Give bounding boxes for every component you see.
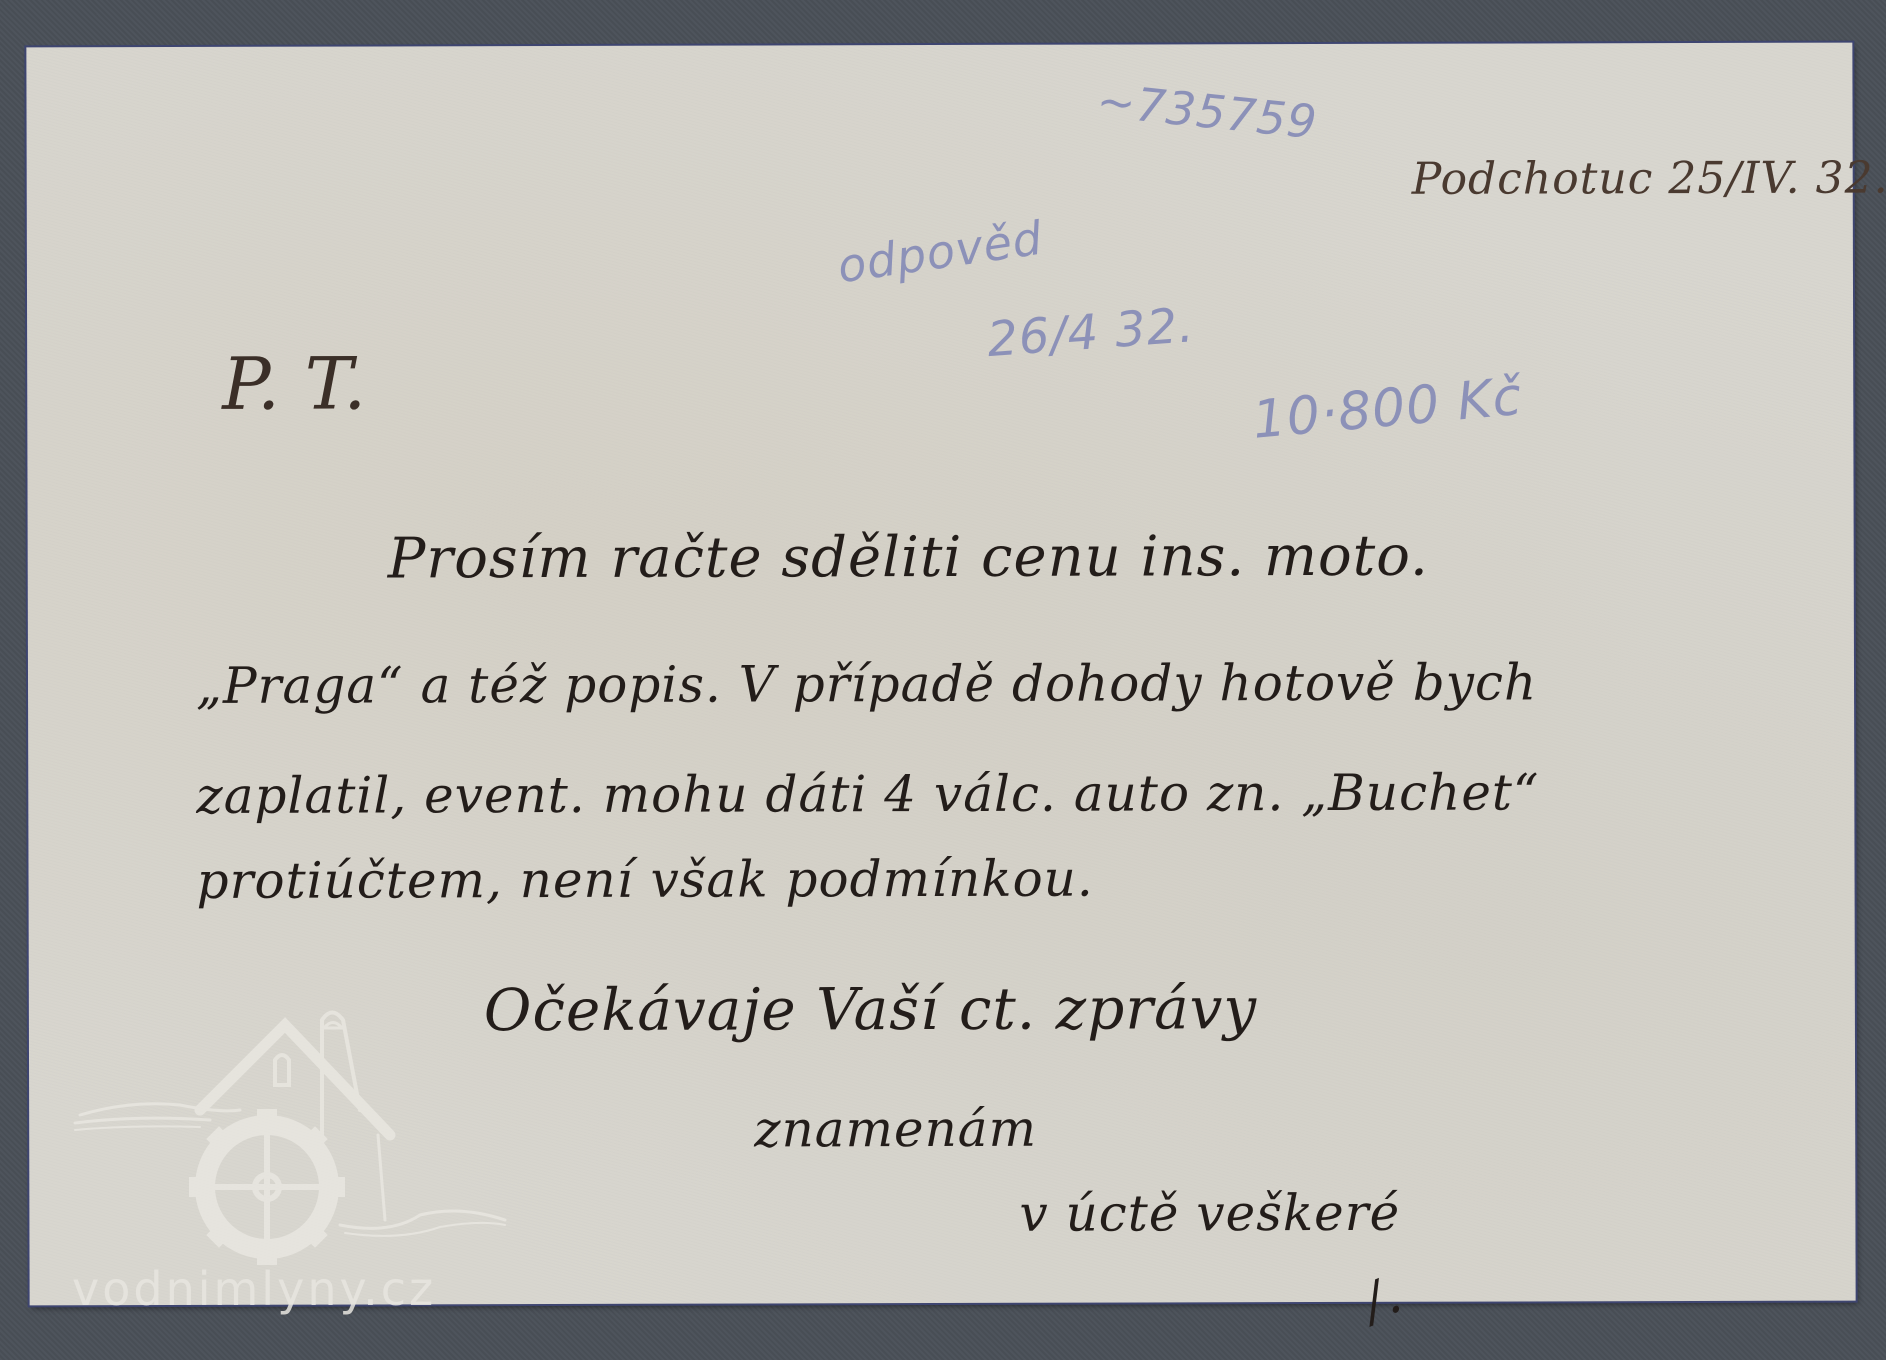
signature-line: znamenám	[754, 1100, 1037, 1159]
place-date: Podchotuc 25/IV. 32.	[1412, 153, 1886, 205]
body-line: zaplatil, event. mohu dáti 4 válc. auto …	[196, 763, 1539, 825]
archive-mark: ~735759	[1094, 73, 1320, 149]
pencil-reply-note: odpověd	[834, 211, 1046, 294]
pencil-amount: 10·800 Kč	[1250, 367, 1524, 451]
body-line: protiúčtem, není však podmínkou.	[196, 850, 1093, 910]
signature-line: v úctě veškeré	[1019, 1184, 1400, 1243]
closing-line: Očekávaje Vaší ct. zprávy	[484, 974, 1257, 1044]
body-line: „Praga“ a též popis. V případě dohody ho…	[196, 653, 1537, 715]
body-line: Prosím račte sděliti cenu ins. moto.	[388, 524, 1429, 592]
pencil-reply-date: 26/4 32.	[985, 297, 1196, 368]
salutation: P. T.	[222, 342, 367, 426]
signature-mark: /.	[1355, 1264, 1410, 1333]
watermark-text: vodnimlyny.cz	[72, 1262, 436, 1316]
